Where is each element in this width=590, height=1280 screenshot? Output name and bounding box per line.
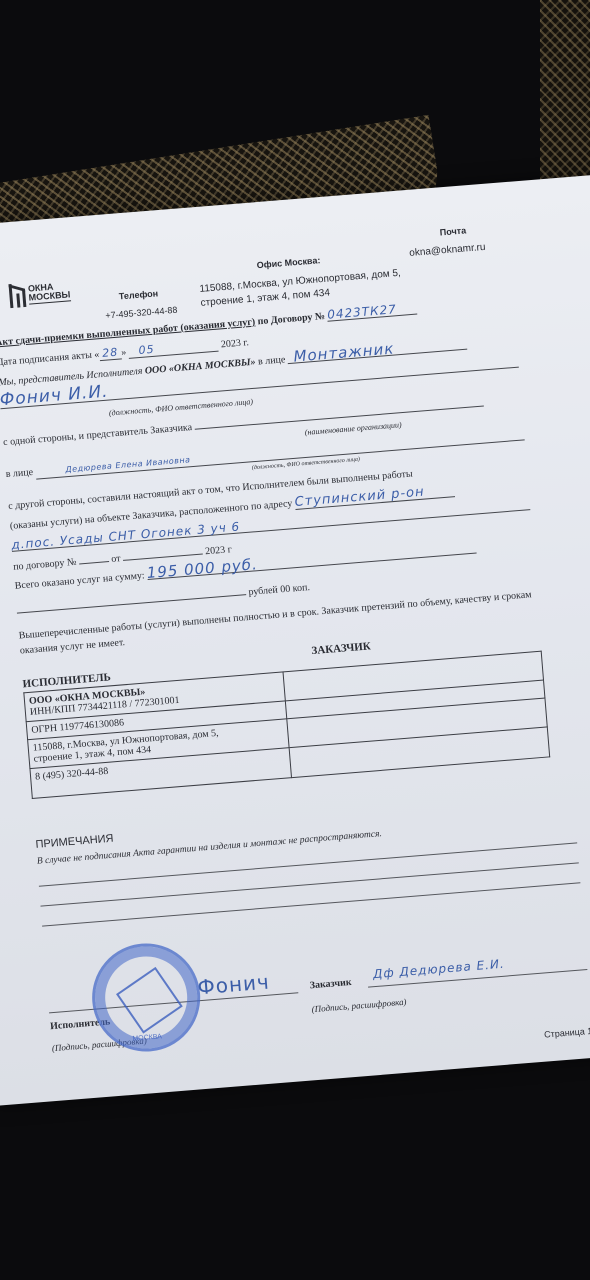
document-paper: ОКНА МОСКВЫ Телефон +7-495-320-44-88 Офи… — [0, 174, 590, 1106]
background-fabric-right — [540, 0, 590, 180]
office-label: Офис Москва: — [256, 255, 320, 270]
in-person-label-2: в лице — [5, 467, 33, 480]
contract-ref-number-field[interactable] — [78, 549, 109, 564]
customer-label: Заказчик — [309, 977, 352, 991]
contract-ref-year: 2023 г — [205, 544, 232, 557]
company-logo: ОКНА МОСКВЫ — [9, 279, 72, 308]
stamp-text: МОСКВА — [132, 1033, 162, 1042]
phone-number: +7-495-320-44-88 — [105, 305, 178, 321]
stamp-logo-icon — [116, 967, 183, 1034]
contract-ref-from: от — [111, 553, 121, 565]
logo-line-2: МОСКВЫ — [28, 290, 70, 302]
customer-caption: (Подпись, расшифровка) — [311, 997, 407, 1015]
executor-signature: Фонич — [197, 970, 271, 1000]
date-day-field[interactable]: 28 — [99, 346, 122, 361]
customer-signature-line[interactable]: Дф Дедюрева Е.И. — [366, 948, 587, 988]
contract-prefix: по Договору № — [257, 311, 325, 327]
rub-suffix: рублей 00 коп. — [248, 582, 310, 598]
contract-ref-label: по договору № — [13, 557, 77, 573]
in-person-label: в лице — [258, 354, 286, 367]
phone-label: Телефон — [118, 288, 158, 301]
mail-label: Почта — [439, 225, 466, 237]
page-number: Страница 1 — [544, 1026, 590, 1040]
date-year: 2023 г. — [220, 337, 249, 350]
act-sheet: ОКНА МОСКВЫ Телефон +7-495-320-44-88 Офи… — [0, 180, 590, 1103]
customer-signature: Дф Дедюрева Е.И. — [372, 957, 505, 982]
customer-header: ЗАКАЗЧИК — [311, 640, 372, 667]
mail-address: okna@oknamr.ru — [409, 242, 486, 259]
window-logo-icon — [9, 283, 27, 308]
